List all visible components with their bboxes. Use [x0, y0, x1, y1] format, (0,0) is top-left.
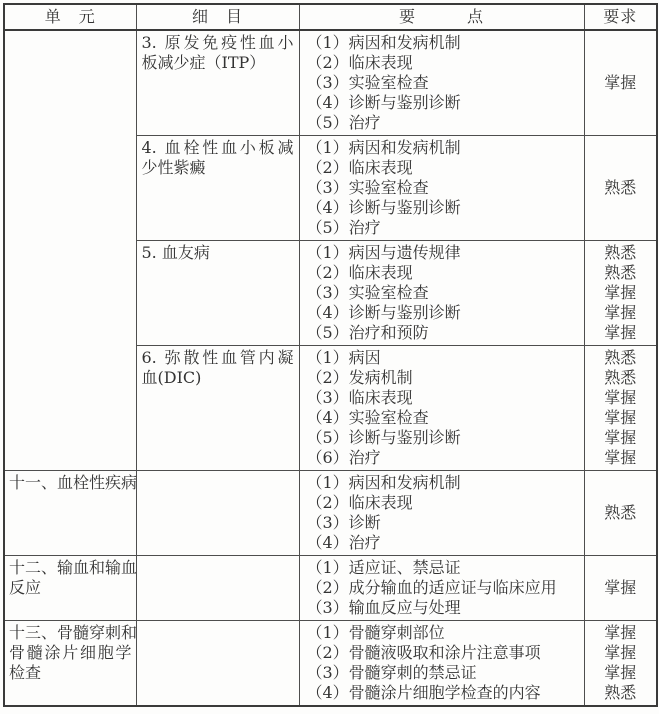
requirement-line: 熟悉: [586, 263, 656, 283]
item-cell-line: 少性紫癜: [142, 158, 294, 178]
header-item: 细 目: [136, 4, 299, 30]
table-row: 十二、输血和输血反应（1）适应证、禁忌证（2）成分输血的适应证与临床应用（3）输…: [4, 556, 657, 621]
requirement-line: 掌握: [586, 578, 656, 598]
item-cell-line: 6. 弥散性血管内凝: [142, 348, 294, 368]
point-line: （5）治疗: [307, 113, 577, 133]
point-line: （1）病因和发病机制: [307, 473, 577, 493]
requirement-line: 熟悉: [586, 503, 656, 523]
points-cell: （1）病因和发病机制（2）临床表现（3）实验室检查（4）诊断与鉴别诊断（5）治疗: [299, 136, 584, 241]
point-line: （3）输血反应与处理: [307, 598, 577, 618]
header-points: 要 点: [299, 4, 584, 30]
table-row: 十一、血栓性疾病（1）病因和发病机制（2）临床表现（3）诊断（4）治疗熟悉: [4, 471, 657, 556]
requirement-line: 掌握: [586, 408, 656, 428]
point-line: （2）临床表现: [307, 53, 577, 73]
unit-cell-line: 检查: [9, 663, 132, 683]
requirement-cell: 掌握掌握掌握熟悉: [584, 621, 657, 707]
requirement-line: 掌握: [586, 323, 656, 343]
requirement-line: 掌握: [586, 303, 656, 323]
unit-cell: 十一、血栓性疾病: [4, 471, 136, 556]
item-cell: 5. 血友病: [136, 241, 299, 346]
requirement-cell: 熟悉熟悉掌握掌握掌握: [584, 241, 657, 346]
item-cell-line: 5. 血友病: [142, 243, 294, 263]
point-line: （2）临床表现: [307, 263, 577, 283]
points-cell: （1）病因和发病机制（2）临床表现（3）诊断（4）治疗: [299, 471, 584, 556]
item-cell-line: 板减少症（ITP）: [142, 53, 294, 73]
unit-cell-line: 反应: [9, 578, 132, 598]
header-row: 单 元 细 目 要 点 要求: [4, 4, 657, 30]
unit-cell-line: 十二、输血和输血: [9, 558, 132, 578]
point-line: （3）临床表现: [307, 388, 577, 408]
point-line: （3）骨髓穿刺的禁忌证: [307, 663, 577, 683]
requirement-cell: 熟悉熟悉掌握掌握掌握掌握: [584, 346, 657, 471]
item-cell-line: 3. 原发免疫性血小: [142, 33, 294, 53]
requirement-line: 熟悉: [586, 243, 656, 263]
point-line: （4）诊断与鉴别诊断: [307, 93, 577, 113]
unit-cell: 十三、骨髓穿刺和骨髓涂片细胞学检查: [4, 621, 136, 707]
point-line: （3）实验室检查: [307, 283, 577, 303]
unit-cell-line: 骨髓涂片细胞学: [9, 643, 132, 663]
point-line: （4）诊断与鉴别诊断: [307, 198, 577, 218]
header-unit: 单 元: [4, 4, 136, 30]
point-line: （2）骨髓液吸取和涂片注意事项: [307, 643, 577, 663]
requirement-cell: 掌握: [584, 556, 657, 621]
item-cell: 4. 血栓性血小板减少性紫癜: [136, 136, 299, 241]
points-cell: （1）病因与遗传规律（2）临床表现（3）实验室检查（4）诊断与鉴别诊断（5）治疗…: [299, 241, 584, 346]
points-cell: （1）病因和发病机制（2）临床表现（3）实验室检查（4）诊断与鉴别诊断（5）治疗: [299, 30, 584, 136]
table-header: 单 元 细 目 要 点 要求: [4, 4, 657, 30]
points-cell: （1）适应证、禁忌证（2）成分输血的适应证与临床应用（3）输血反应与处理: [299, 556, 584, 621]
table-row: 3. 原发免疫性血小板减少症（ITP）（1）病因和发病机制（2）临床表现（3）实…: [4, 30, 657, 136]
unit-cell: [4, 30, 136, 471]
point-line: （3）实验室检查: [307, 178, 577, 198]
point-line: （5）治疗: [307, 218, 577, 238]
item-cell-line: 血(DIC): [142, 368, 294, 388]
requirement-line: 掌握: [586, 428, 656, 448]
point-line: （1）病因: [307, 348, 577, 368]
table-row: 十三、骨髓穿刺和骨髓涂片细胞学检查（1）骨髓穿刺部位（2）骨髓液吸取和涂片注意事…: [4, 621, 657, 707]
point-line: （2）临床表现: [307, 493, 577, 513]
item-cell-line: 4. 血栓性血小板减: [142, 138, 294, 158]
unit-cell-line: 十三、骨髓穿刺和: [9, 623, 132, 643]
item-cell: [136, 621, 299, 707]
point-line: （1）适应证、禁忌证: [307, 558, 577, 578]
unit-cell-line: 十一、血栓性疾病: [9, 473, 132, 493]
header-requirement: 要求: [584, 4, 657, 30]
requirement-line: 熟悉: [586, 348, 656, 368]
point-line: （3）实验室检查: [307, 73, 577, 93]
requirement-cell: 熟悉: [584, 471, 657, 556]
point-line: （4）实验室检查: [307, 408, 577, 428]
point-line: （2）成分输血的适应证与临床应用: [307, 578, 577, 598]
item-cell: 3. 原发免疫性血小板减少症（ITP）: [136, 30, 299, 136]
requirement-line: 掌握: [586, 643, 656, 663]
requirement-line: 掌握: [586, 623, 656, 643]
point-line: （4）骨髓涂片细胞学检查的内容: [307, 683, 577, 703]
unit-cell: 十二、输血和输血反应: [4, 556, 136, 621]
point-line: （6）治疗: [307, 448, 577, 468]
requirement-line: 熟悉: [586, 683, 656, 703]
point-line: （3）诊断: [307, 513, 577, 533]
item-cell: 6. 弥散性血管内凝血(DIC): [136, 346, 299, 471]
point-line: （4）治疗: [307, 533, 577, 553]
points-cell: （1）骨髓穿刺部位（2）骨髓液吸取和涂片注意事项（3）骨髓穿刺的禁忌证（4）骨髓…: [299, 621, 584, 707]
item-cell: [136, 471, 299, 556]
requirement-line: 熟悉: [586, 178, 656, 198]
requirement-cell: 掌握: [584, 30, 657, 136]
requirement-line: 熟悉: [586, 368, 656, 388]
document-page: 单 元 细 目 要 点 要求 3. 原发免疫性血小板减少症（ITP）（1）病因和…: [0, 0, 659, 707]
point-line: （1）病因和发病机制: [307, 138, 577, 158]
requirement-line: 掌握: [586, 388, 656, 408]
requirement-cell: 熟悉: [584, 136, 657, 241]
syllabus-table: 单 元 细 目 要 点 要求 3. 原发免疫性血小板减少症（ITP）（1）病因和…: [3, 3, 658, 707]
point-line: （1）病因与遗传规律: [307, 243, 577, 263]
requirement-line: 掌握: [586, 663, 656, 683]
point-line: （2）临床表现: [307, 158, 577, 178]
point-line: （4）诊断与鉴别诊断: [307, 303, 577, 323]
point-line: （2）发病机制: [307, 368, 577, 388]
points-cell: （1）病因（2）发病机制（3）临床表现（4）实验室检查（5）诊断与鉴别诊断（6）…: [299, 346, 584, 471]
point-line: （1）病因和发病机制: [307, 33, 577, 53]
requirement-line: 掌握: [586, 448, 656, 468]
table-body: 3. 原发免疫性血小板减少症（ITP）（1）病因和发病机制（2）临床表现（3）实…: [4, 30, 657, 706]
requirement-line: 掌握: [586, 73, 656, 93]
requirement-line: 掌握: [586, 283, 656, 303]
point-line: （5）治疗和预防: [307, 323, 577, 343]
point-line: （5）诊断与鉴别诊断: [307, 428, 577, 448]
item-cell: [136, 556, 299, 621]
point-line: （1）骨髓穿刺部位: [307, 623, 577, 643]
